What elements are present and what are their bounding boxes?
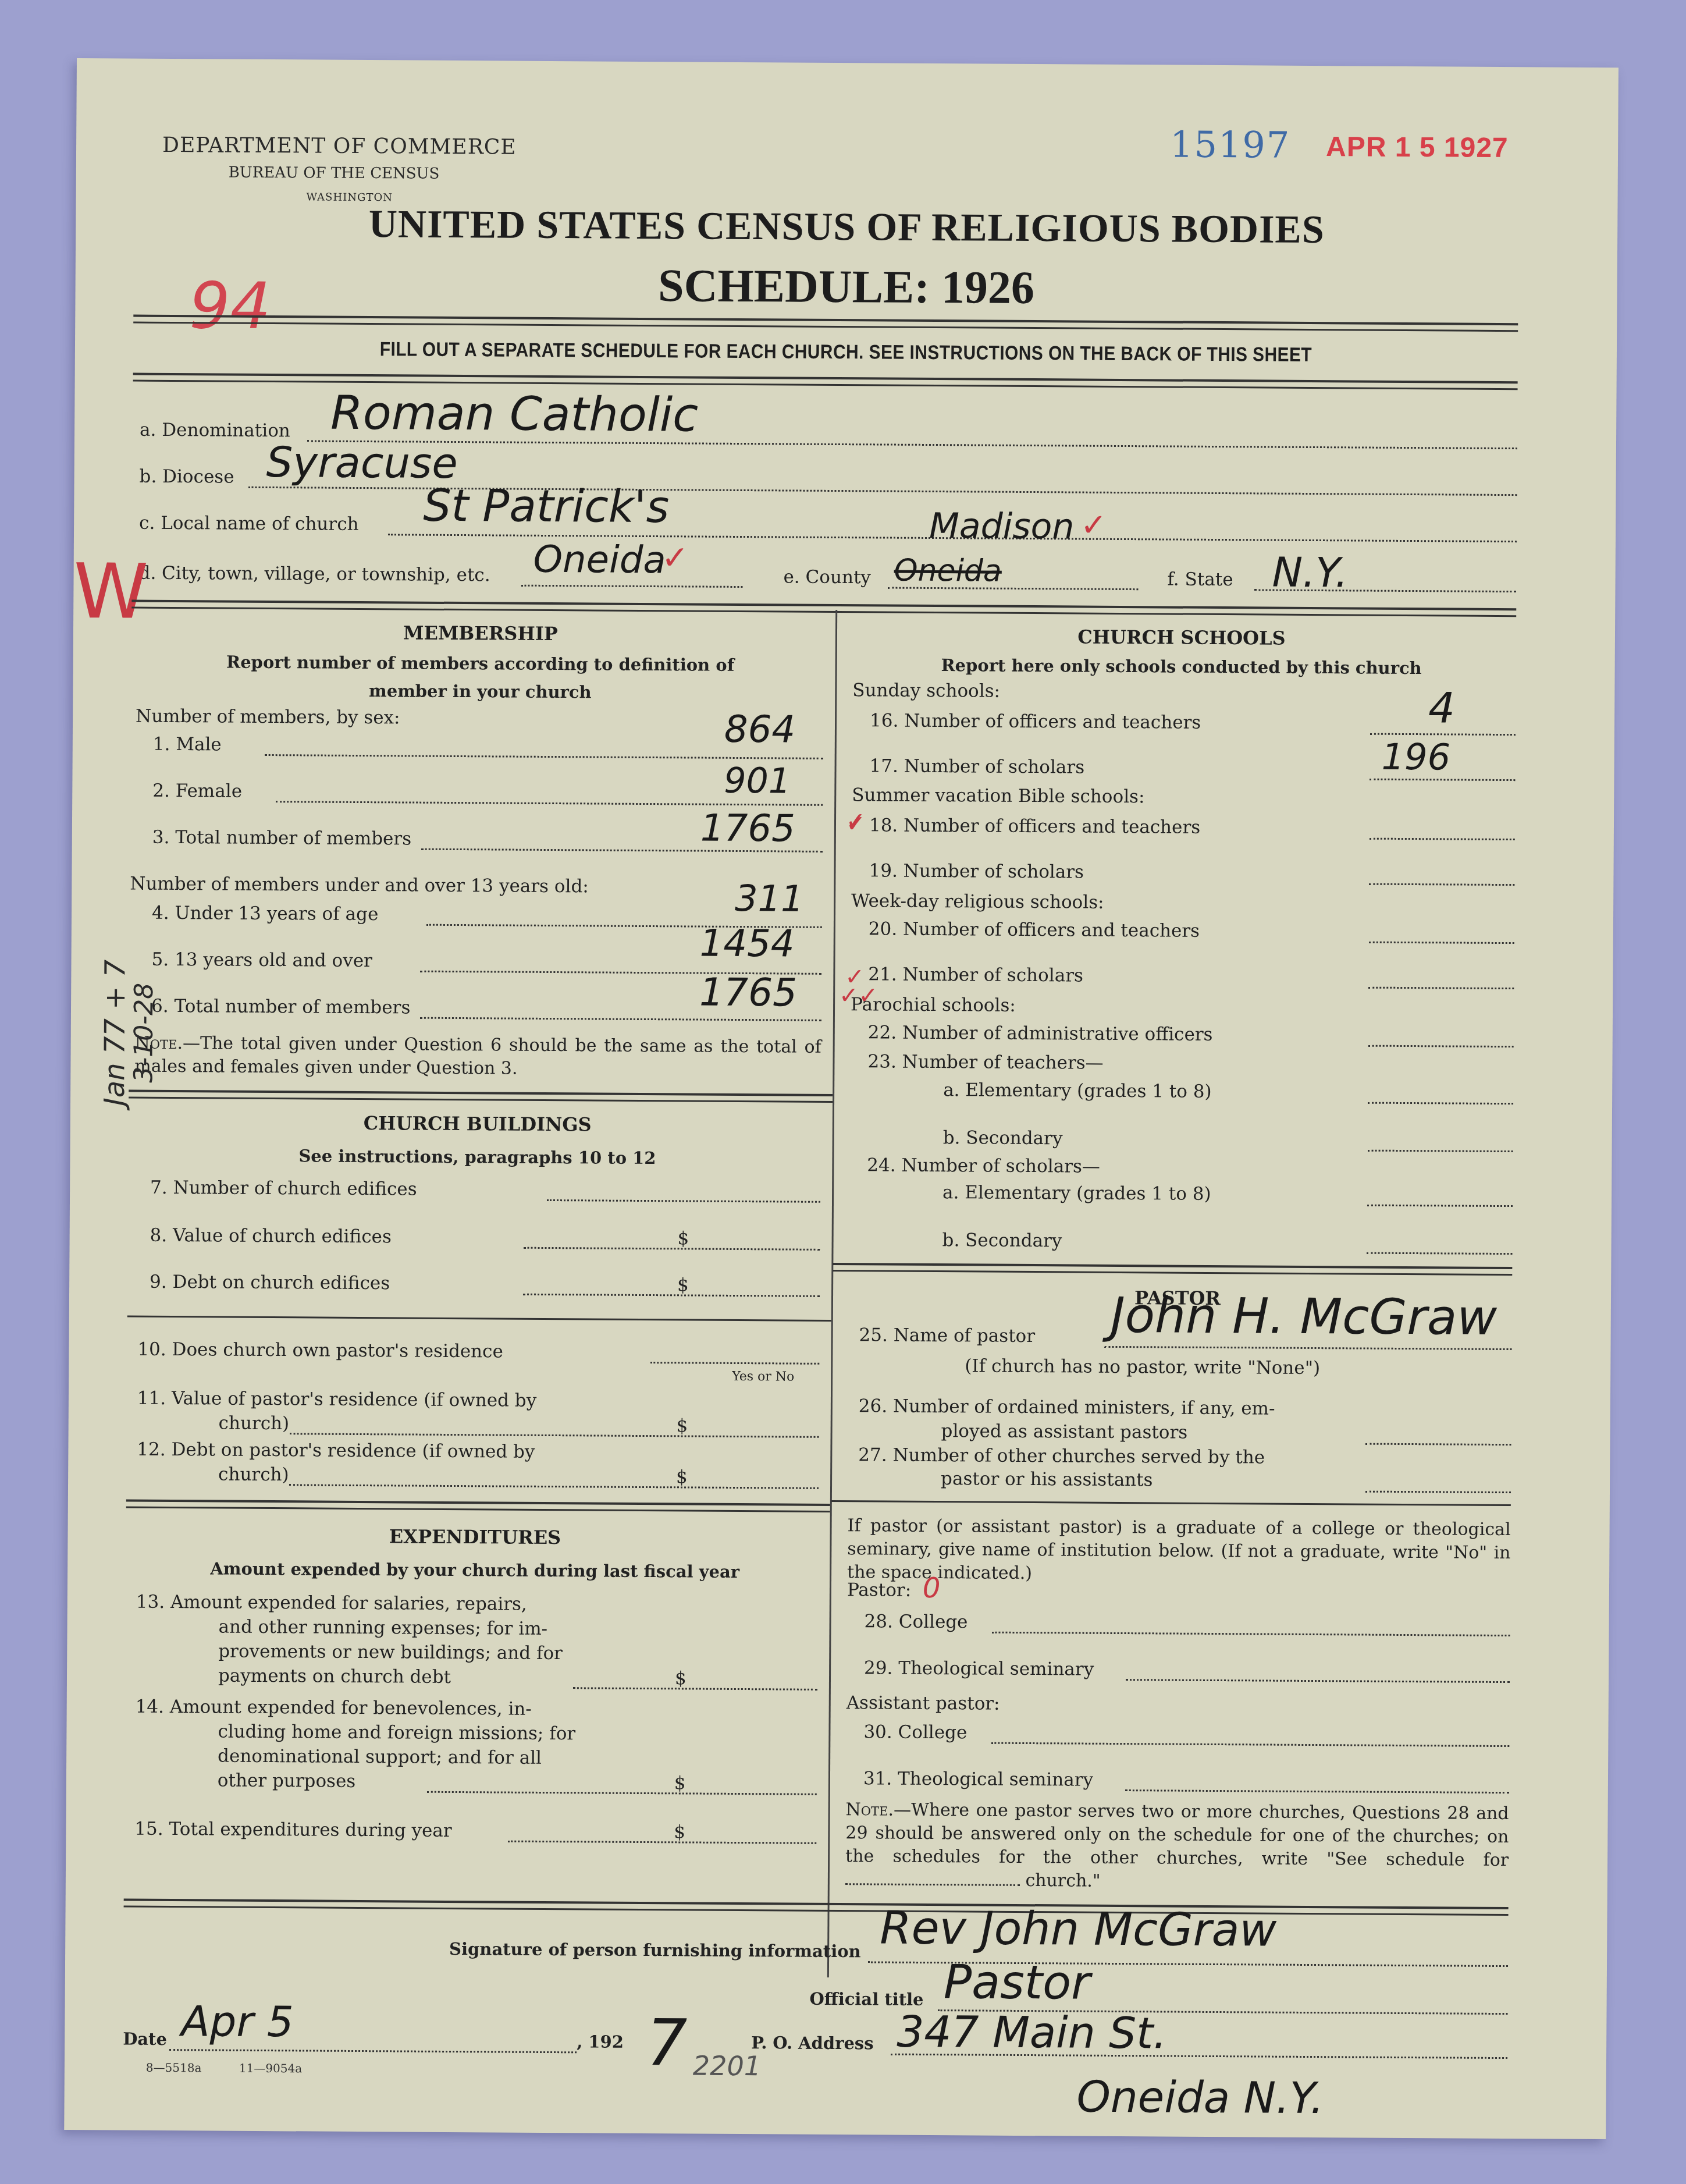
note-body: —Where one pastor serves two or more chu…: [845, 1800, 1509, 1870]
owns-residence-field[interactable]: [650, 1362, 819, 1365]
secondary-teachers-field[interactable]: [1368, 1150, 1513, 1153]
pastor-edu-label: Pastor:: [847, 1579, 911, 1601]
expenditure-line: and other running expenses; for im-: [218, 1617, 547, 1639]
state-value: N.Y.: [1272, 549, 1348, 597]
red-margin-number: 94: [189, 268, 271, 343]
dollar-sign: $: [675, 1668, 687, 1689]
city-value: Oneida: [533, 538, 666, 582]
membership-subtitle: Report number of members according to de…: [189, 648, 771, 707]
margin-pencil-note-1: Jan 77 + 7: [98, 960, 132, 1106]
building-label-12b: church): [218, 1464, 289, 1486]
county-struck-value: Oneida: [894, 553, 1002, 589]
total-members-6-value: 1765: [699, 970, 797, 1015]
parochial-schools-heading: Parochial schools:: [851, 994, 1016, 1016]
q28-label: 28. College: [865, 1611, 968, 1632]
dollar-sign: $: [677, 1274, 689, 1295]
q29-label: 29. Theological seminary: [864, 1657, 1094, 1679]
by-sex-heading: Number of members, by sex:: [136, 706, 400, 729]
dollar-sign: $: [676, 1466, 688, 1487]
other-churches-field[interactable]: [1365, 1491, 1511, 1494]
school-label-24: 24. Number of scholars—: [867, 1155, 1100, 1177]
church-buildings-subtitle: See instructions, paragraphs 10 to 12: [128, 1141, 826, 1173]
school-label-22: 22. Number of administrative officers: [868, 1022, 1213, 1045]
received-date-stamp: APR 1 5 1927: [1326, 131, 1509, 164]
assistant-seminary-field[interactable]: [1125, 1789, 1509, 1794]
edifices-debt-field[interactable]: [523, 1294, 820, 1297]
official-title-value: Pastor: [944, 1955, 1091, 2010]
over-13-value: 1454: [699, 922, 794, 966]
expenditure-label-15: 15. Total expenditures during year: [134, 1819, 451, 1841]
expenditure-line: denominational support; and for all: [218, 1746, 542, 1768]
member-label-5: 5. 13 years old and over: [151, 949, 372, 971]
margin-pencil-note-2: 3-10-28: [129, 983, 159, 1083]
see-schedule-field[interactable]: [845, 1883, 1020, 1886]
sunday-teachers-value: 4: [1428, 683, 1455, 732]
county-value: Madison: [929, 506, 1075, 548]
benevolences-field[interactable]: [427, 1791, 817, 1795]
weekday-scholars-field[interactable]: [1368, 987, 1514, 990]
denomination-value: Roman Catholic: [330, 386, 699, 442]
form-code-1: 8—5518a: [146, 2061, 202, 2075]
school-label-19: 19. Number of scholars: [869, 860, 1084, 882]
member-label-4: 4. Under 13 years of age: [152, 903, 378, 925]
expenditures-subtitle: Amount expended by your church during la…: [126, 1554, 824, 1586]
sunday-schools-heading: Sunday schools:: [852, 680, 1000, 702]
residence-value-field[interactable]: [290, 1433, 819, 1438]
dollar-sign: $: [678, 1228, 689, 1249]
sunday-scholars-field[interactable]: [1370, 779, 1515, 782]
buildings-rule: [126, 1500, 830, 1506]
date-value: Apr 5: [181, 1997, 294, 2046]
building-label-7: 7. Number of church edifices: [150, 1177, 417, 1200]
school-label-23: 23. Number of teachers—: [867, 1051, 1103, 1073]
form-title: UNITED STATES CENSUS OF RELIGIOUS BODIES: [76, 199, 1617, 254]
school-label-16: 16. Number of officers and teachers: [870, 710, 1201, 733]
pastor-name-value: John H. McGraw: [1111, 1287, 1498, 1346]
by-age-heading: Number of members under and over 13 year…: [130, 873, 589, 897]
expenditures-title: EXPENDITURES: [126, 1524, 824, 1550]
summer-scholars-field[interactable]: [1369, 883, 1514, 886]
summer-schools-heading: Summer vacation Bible schools:: [852, 784, 1144, 807]
total-members-value: 1765: [700, 807, 795, 851]
schools-rule: [833, 1263, 1512, 1269]
signature-label: Signature of person furnishing informati…: [449, 1939, 861, 1961]
q26-label: 26. Number of ordained ministers, if any…: [859, 1395, 1275, 1419]
school-label-23a: a. Elementary (grades 1 to 8): [943, 1079, 1212, 1102]
sunday-scholars-value: 196: [1381, 736, 1450, 779]
buildings-divider: [127, 1316, 831, 1322]
city-field[interactable]: [521, 585, 742, 588]
assistant-pastor-label: Assistant pastor:: [846, 1692, 1000, 1714]
female-field[interactable]: [276, 801, 823, 806]
building-label-11: 11. Value of pastor's residence (if owne…: [137, 1388, 537, 1411]
county-check-mark: ✓: [1080, 507, 1107, 544]
graduate-instructions: If pastor (or assistant pastor) is a gra…: [847, 1514, 1511, 1588]
weekday-scholars-check: ✓: [845, 964, 865, 990]
expenditure-line: payments on church debt: [218, 1665, 451, 1688]
dollar-sign: $: [677, 1415, 688, 1436]
edifices-count-field[interactable]: [547, 1199, 820, 1203]
school-label-24b: b. Secondary: [942, 1230, 1062, 1251]
signature-value: Rev John McGraw: [880, 1902, 1276, 1956]
expenditure-label-13: 13. Amount expended for salaries, repair…: [136, 1592, 527, 1615]
total-expenditures-field[interactable]: [508, 1841, 816, 1844]
pastor-divider: [831, 1500, 1511, 1506]
denomination-field[interactable]: [307, 440, 1517, 449]
po-address-label: P. O. Address: [751, 2033, 874, 2053]
year-pencil-note: 2201: [693, 2050, 761, 2082]
member-label-2: 2. Female: [152, 780, 242, 802]
expenditure-line: cluding home and foreign missions; for: [218, 1721, 575, 1745]
school-label-17: 17. Number of scholars: [869, 755, 1084, 777]
pastor-name-label: 25. Name of pastor: [859, 1324, 1036, 1347]
building-label-8: 8. Value of church edifices: [150, 1225, 392, 1248]
male-value: 864: [724, 708, 796, 752]
school-label-20: 20. Number of officers and teachers: [869, 918, 1200, 941]
expenditure-label-14: 14. Amount expended for benevolences, in…: [136, 1696, 532, 1720]
member-label-1: 1. Male: [153, 734, 222, 755]
date-field[interactable]: [169, 2049, 577, 2053]
school-label-18: 18. Number of officers and teachers: [869, 815, 1200, 837]
note-body: —The total given under Question 6 should…: [134, 1033, 821, 1079]
elementary-teachers-field[interactable]: [1368, 1102, 1513, 1105]
city-label: d. City, town, village, or township, etc…: [138, 563, 490, 586]
church-buildings-title: CHURCH BUILDINGS: [129, 1111, 827, 1137]
male-field[interactable]: [265, 754, 823, 759]
member-label-6: 6. Total number of members: [151, 996, 411, 1018]
pastor-note: Note.—Where one pastor serves two or mor…: [845, 1798, 1509, 1895]
note-lead: Note.: [846, 1799, 894, 1820]
assistant-college-field[interactable]: [991, 1742, 1509, 1747]
header-rule-bottom: [133, 373, 1518, 384]
membership-rule: [129, 1090, 833, 1096]
date-label: Date: [123, 2029, 167, 2049]
diocese-label: b. Diocese: [140, 466, 234, 488]
po-address-line1: 347 Main St.: [897, 2007, 1167, 2059]
summer-teachers-check: ✓: [846, 808, 866, 834]
expenditure-line: other purposes: [218, 1770, 356, 1792]
elementary-scholars-field[interactable]: [1367, 1205, 1513, 1208]
form-code-2: 11—9054a: [239, 2061, 302, 2076]
local-name-value: St Patrick's: [423, 480, 670, 533]
q30-label: 30. College: [863, 1721, 967, 1743]
pastor-name-field[interactable]: [1104, 1346, 1511, 1350]
instructions-banner: FILL OUT A SEPARATE SCHEDULE FOR EACH CH…: [168, 337, 1524, 368]
building-label-12: 12. Debt on pastor's residence (if owned…: [137, 1439, 535, 1462]
q27-label: 27. Number of other churches served by t…: [858, 1444, 1265, 1468]
expenditure-line: provements or new buildings; and for: [218, 1641, 563, 1664]
dollar-sign: $: [674, 1821, 685, 1842]
dollar-sign: $: [674, 1773, 686, 1794]
city-check-mark: ✓: [661, 539, 689, 577]
weekday-schools-heading: Week-day religious schools:: [851, 890, 1104, 913]
assistant-ministers-field[interactable]: [1365, 1443, 1511, 1446]
pastor-name-hint: (If church has no pastor, write "None"): [965, 1355, 1320, 1379]
school-label-21: 21. Number of scholars: [868, 964, 1083, 986]
yes-or-no-hint: Yes or No: [732, 1369, 794, 1384]
member-label-3: 3. Total number of members: [152, 827, 412, 850]
department-label: DEPARTMENT OF COMMERCE: [162, 133, 517, 159]
pastor-seminary-field[interactable]: [1126, 1679, 1510, 1683]
running-expenses-field[interactable]: [573, 1687, 817, 1691]
year-digit: 7: [646, 2005, 688, 2080]
church-schools-title: CHURCH SCHOOLS: [847, 624, 1516, 651]
note-end: church.": [1025, 1870, 1100, 1891]
q26-label-cont: ployed as assistant pastors: [941, 1421, 1188, 1443]
county-label: e. County: [783, 566, 871, 588]
bureau-label: BUREAU OF THE CENSUS: [229, 164, 440, 183]
column-divider: [827, 610, 837, 1977]
po-address-line2: Oneida N.Y.: [1076, 2072, 1324, 2124]
admin-officers-field[interactable]: [1368, 1045, 1514, 1048]
building-label-10: 10. Does church own pastor's residence: [137, 1339, 503, 1362]
building-label-9: 9. Debt on church edifices: [150, 1272, 390, 1294]
residence-debt-field[interactable]: [289, 1484, 819, 1489]
school-label-24a: a. Elementary (grades 1 to 8): [942, 1182, 1211, 1205]
local-name-label: c. Local name of church: [139, 513, 359, 535]
state-label: f. State: [1167, 569, 1233, 590]
membership-title: MEMBERSHIP: [131, 620, 830, 647]
secondary-scholars-field[interactable]: [1367, 1252, 1512, 1255]
weekday-teachers-field[interactable]: [1369, 942, 1514, 944]
edifices-value-field[interactable]: [524, 1247, 820, 1251]
membership-note: Note.—The total given under Question 6 s…: [134, 1032, 821, 1082]
q27-label-cont: pastor or his assistants: [941, 1468, 1153, 1490]
under-13-value: 311: [735, 877, 804, 920]
church-schools-subtitle: Report here only schools conducted by th…: [847, 651, 1516, 683]
building-label-11b: church): [219, 1413, 290, 1434]
official-title-label: Official title: [810, 1989, 924, 2009]
form-subtitle: SCHEDULE: 1926: [75, 256, 1617, 318]
q31-label: 31. Theological seminary: [863, 1768, 1093, 1790]
female-value: 901: [724, 761, 791, 802]
summer-teachers-field[interactable]: [1370, 838, 1515, 841]
signature-rule: [124, 1899, 1509, 1910]
school-label-23b: b. Secondary: [943, 1127, 1063, 1149]
identification-rule: [131, 600, 1516, 611]
received-number-stamp: 15197: [1170, 123, 1291, 166]
year-prefix: , 192: [577, 2032, 624, 2051]
pastor-college-field[interactable]: [992, 1632, 1510, 1636]
pastor-edu-mark: 0: [923, 1572, 941, 1604]
total-members-6-field[interactable]: [420, 1017, 821, 1021]
census-schedule-paper: DEPARTMENT OF COMMERCE BUREAU OF THE CEN…: [64, 58, 1619, 2139]
